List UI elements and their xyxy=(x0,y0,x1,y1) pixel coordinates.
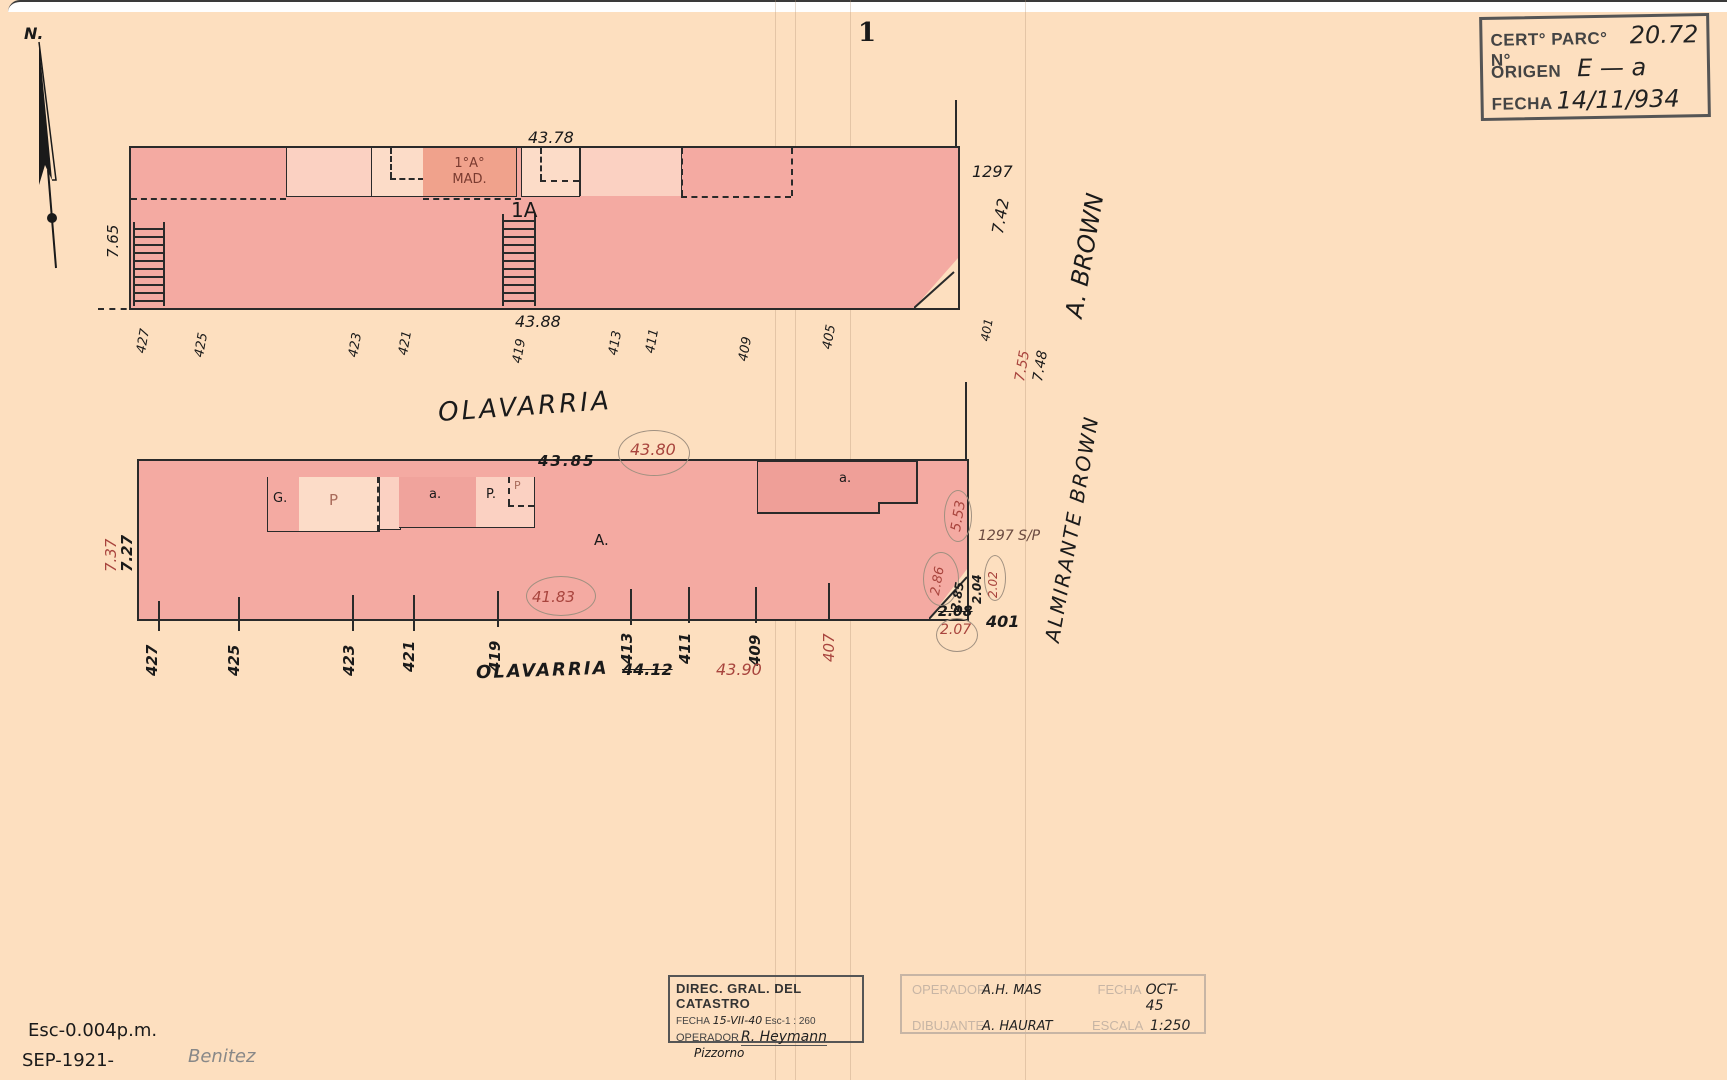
room-p: P. P xyxy=(476,477,535,528)
room-label: P xyxy=(514,479,521,492)
origen-label: ORIGEN xyxy=(1491,62,1561,83)
esc-value: 1 : 260 xyxy=(785,1016,816,1027)
tick xyxy=(755,587,757,623)
sheet-top-edge xyxy=(8,0,1727,12)
catastro-note: Pizzorno xyxy=(694,1046,744,1060)
tick xyxy=(828,583,830,619)
tick xyxy=(688,587,690,623)
upper-front-length-bottom: 43.88 xyxy=(515,312,561,331)
tick xyxy=(497,591,499,627)
street-label-almirante-brown: ALMIRANTE BROWN xyxy=(1040,414,1104,645)
tick xyxy=(352,595,354,631)
door-number: 423 xyxy=(346,332,365,359)
upper-left-depth: 7.65 xyxy=(104,225,122,258)
stairs-icon xyxy=(133,222,165,306)
upper-right-depth: 7.42 xyxy=(988,197,1013,235)
cadastral-sheet: 1 N. CERT° PARC° N° 20.72 ORIGEN E — a F… xyxy=(0,0,1727,1080)
date-note: SEP-1921- xyxy=(22,1050,114,1071)
bottom-length-red: 43.90 xyxy=(716,660,762,679)
bottom-length-struck: 44.12 xyxy=(622,660,673,679)
room-label: P. xyxy=(486,487,496,502)
scale-note: Esc-0.004p.m. xyxy=(28,1020,157,1041)
chamfer-side-red: 2.02 xyxy=(986,571,1000,598)
fecha-label: FECHA xyxy=(1491,94,1552,115)
room-label: MAD. xyxy=(452,172,486,188)
door-number: 425 xyxy=(192,332,211,359)
room-patio: P xyxy=(299,477,380,532)
door-number: 405 xyxy=(820,324,839,351)
room xyxy=(580,148,682,196)
room-g: G. xyxy=(267,477,301,532)
door-number: 409 xyxy=(736,336,755,363)
door-number: 421 xyxy=(396,330,415,357)
dibujante-label: DIBUJANTE xyxy=(912,1018,982,1033)
room-a-right: a. xyxy=(757,461,917,517)
north-arrow-icon xyxy=(30,40,70,275)
fecha-value: 15-VII-40 xyxy=(713,1014,763,1027)
operador-value: R. Heymann xyxy=(741,1029,827,1046)
sheet-number: 1 xyxy=(858,18,876,48)
chamfer-bottom-red: 2.07 xyxy=(940,622,971,638)
fecha-value: 14/11/934 xyxy=(1556,85,1680,115)
fecha-label: FECHA xyxy=(676,1016,710,1027)
escala-value: 1:250 xyxy=(1150,1018,1190,1034)
room-label: a. xyxy=(839,471,851,486)
lower-front-length-bottom-red: 41.83 xyxy=(532,588,575,606)
operator-stamp: OPERADOR A.H. MAS FECHA OCT-45 DIBUJANTE… xyxy=(900,974,1206,1034)
upper-front-length-top: 43.78 xyxy=(528,128,574,147)
upper-block-parcel: 1°A° MAD. 1A xyxy=(129,146,960,310)
lower-front-length-top-red: 43.80 xyxy=(630,440,676,459)
door-number: 411 xyxy=(676,633,694,664)
tick xyxy=(630,589,632,625)
operador-value: A.H. MAS xyxy=(982,983,1098,998)
certificate-stamp: CERT° PARC° N° 20.72 ORIGEN E — a FECHA … xyxy=(1479,13,1711,121)
room-label: a. xyxy=(429,487,441,502)
tick xyxy=(238,597,240,631)
street-label-olavarria: OLAVARRIA xyxy=(437,386,613,428)
lot-label: 1A xyxy=(511,198,537,222)
catastro-title: DIREC. GRAL. DEL CATASTRO xyxy=(676,981,856,1011)
fecha-value: OCT-45 xyxy=(1146,982,1194,1014)
door-number: 425 xyxy=(225,645,243,676)
room xyxy=(379,477,401,530)
room xyxy=(286,148,373,197)
room-patio xyxy=(371,148,425,197)
room-label: 1°A° xyxy=(454,156,484,172)
door-number-red: 407 xyxy=(820,633,838,662)
lower-left-depth-black: 7.27 xyxy=(118,535,136,572)
parcel-label: A. xyxy=(594,531,609,549)
street-label-olavarria-bottom: OLAVARRIA xyxy=(476,658,609,684)
lower-corner-door: 401 xyxy=(986,612,1019,631)
cert-value: 20.72 xyxy=(1629,20,1698,49)
catastro-stamp: DIREC. GRAL. DEL CATASTRO FECHA 15-VII-4… xyxy=(668,975,864,1043)
side-depth-black: 7.48 xyxy=(1030,349,1051,382)
street-label-a-brown: A. BROWN xyxy=(1060,191,1109,320)
door-number: 427 xyxy=(143,645,161,676)
tick xyxy=(413,595,415,631)
chamfer-corner xyxy=(914,258,958,308)
room-label: G. xyxy=(273,491,287,506)
esc-label: Esc- xyxy=(765,1016,785,1027)
lower-corner-number: 1297 S/P xyxy=(978,528,1040,544)
stairs-icon xyxy=(502,214,536,306)
origen-value: E — a xyxy=(1577,53,1647,82)
lower-block-boundary xyxy=(965,382,967,462)
escala-label: ESCALA xyxy=(1092,1018,1150,1033)
door-number: 419 xyxy=(510,338,529,365)
dibujante-value: A. HAURAT xyxy=(982,1019,1092,1034)
door-number: 413 xyxy=(606,330,625,357)
upper-corner-number: 1297 xyxy=(972,162,1013,181)
operador-label: OPERADOR xyxy=(912,982,982,997)
upper-corner-door: 401 xyxy=(978,317,996,342)
operador-label: OPERADOR xyxy=(676,1032,739,1044)
room-1a-madera: 1°A° MAD. xyxy=(423,148,517,197)
door-number: 423 xyxy=(340,645,358,676)
signature: Benitez xyxy=(188,1046,255,1067)
room-patio xyxy=(521,148,580,197)
lower-front-length-top: 43.85 xyxy=(538,452,595,470)
room-a: a. xyxy=(399,477,477,528)
door-number: 411 xyxy=(643,328,662,355)
fecha-label: FECHA xyxy=(1098,982,1146,997)
chamfer-side-black: 2.04 xyxy=(970,574,984,604)
upper-block-boundary xyxy=(955,100,957,148)
room-label: P xyxy=(329,491,338,509)
tick xyxy=(158,601,160,631)
door-number: 427 xyxy=(134,328,153,355)
door-number: 421 xyxy=(400,641,418,672)
